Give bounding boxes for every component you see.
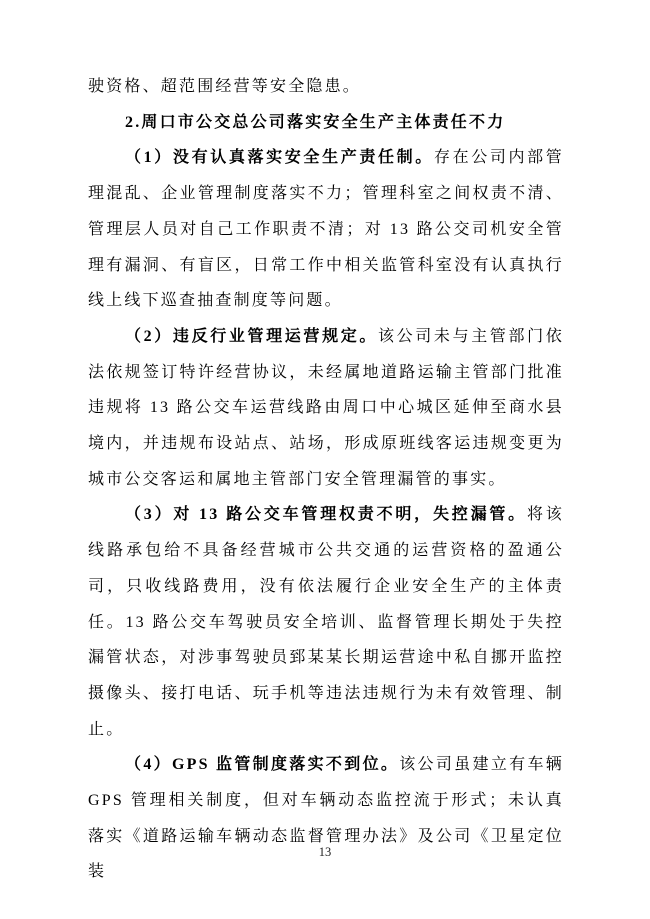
document-content: 驶资格、超范围经营等安全隐患。 2.周口市公交总公司落实安全生产主体责任不力 （… [88, 69, 564, 890]
paragraph: （2）违反行业管理运营规定。该公司未与主管部门依法依规签订特许经营协议，未经属地… [88, 319, 564, 498]
paragraph-body-text: 该公司虽建立有车辆 GPS 管理相关制度，但对车辆动态监控流于形式；未认真落实《… [88, 756, 564, 880]
paragraph: 驶资格、超范围经营等安全隐患。 [88, 69, 564, 105]
paragraph-lead-bold: （1）没有认真落实安全生产责任制。 [125, 149, 434, 166]
paragraph-lead-bold: 2.周口市公交总公司落实安全生产主体责任不力 [125, 114, 505, 131]
paragraph: （1）没有认真落实安全生产责任制。存在公司内部管理混乱、企业管理制度落实不力；管… [88, 140, 564, 319]
paragraph: （3）对 13 路公交车管理权责不明，失控漏管。将该线路承包给不具备经营城市公共… [88, 497, 564, 747]
paragraph-body-text: 该公司未与主管部门依法依规签订特许经营协议，未经属地道路运输主管部门批准违规将 … [88, 328, 564, 488]
paragraph: （4）GPS 监管制度落实不到位。该公司虽建立有车辆 GPS 管理相关制度，但对… [88, 747, 564, 890]
paragraph-lead-bold: （2）违反行业管理运营规定。 [125, 328, 378, 345]
document-page: 驶资格、超范围经营等安全隐患。 2.周口市公交总公司落实安全生产主体责任不力 （… [0, 0, 650, 919]
paragraph-body-text: 存在公司内部管理混乱、企业管理制度落实不力；管理科室之间权责不清、管理层人员对自… [88, 149, 564, 309]
paragraph-body-text: 驶资格、超范围经营等安全隐患。 [88, 78, 361, 95]
page-number: 13 [319, 845, 332, 859]
page-footer: 13 [0, 843, 650, 861]
paragraph-lead-bold: （4）GPS 监管制度落实不到位。 [125, 756, 399, 773]
paragraph-body-text: 将该线路承包给不具备经营城市公共交通的运营资格的盈通公司，只收线路费用，没有依法… [88, 506, 564, 737]
paragraph-lead-bold: （3）对 13 路公交车管理权责不明，失控漏管。 [125, 506, 527, 523]
paragraph: 2.周口市公交总公司落实安全生产主体责任不力 [88, 105, 564, 141]
